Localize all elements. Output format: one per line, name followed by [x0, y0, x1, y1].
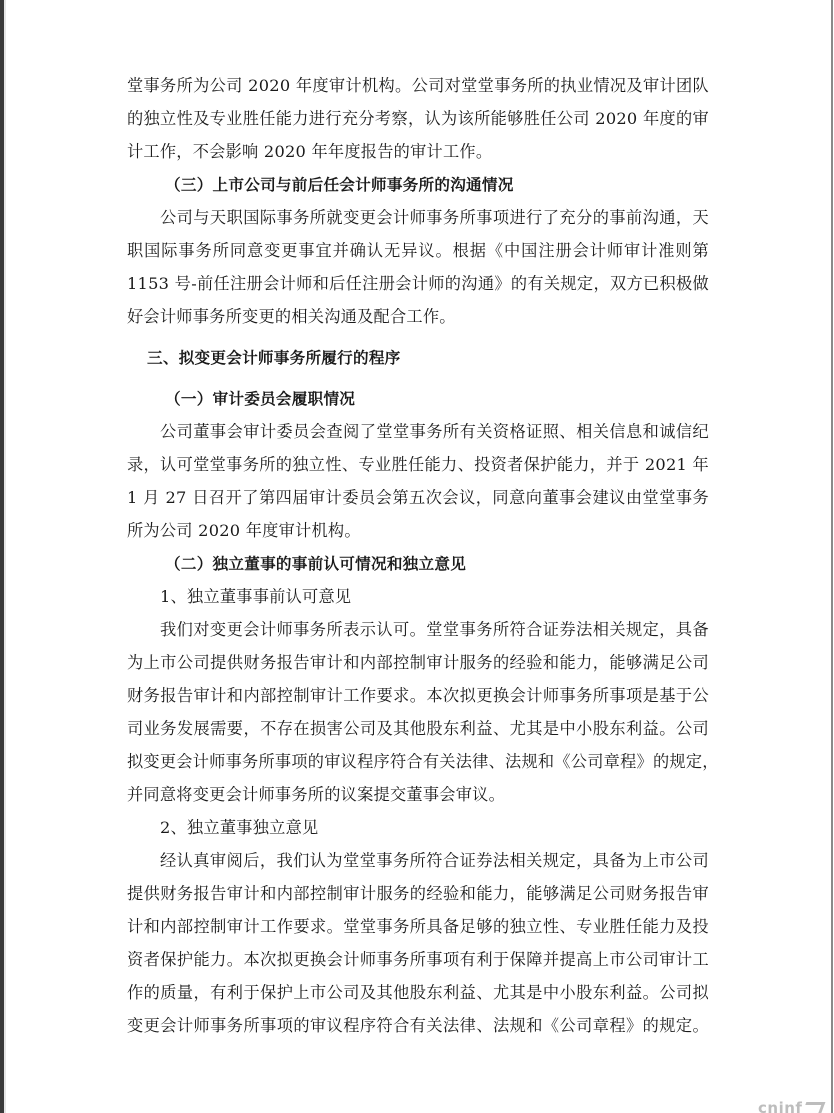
watermark-text: cninf: [758, 1099, 802, 1113]
paragraph-continued: 堂事务所为公司 2020 年度审计机构。公司对堂堂事务所的执业情况及审计团队 的…: [127, 72, 709, 171]
text-line: 1 月 27 日召开了第四届审计委员会第五次会议，同意向董事会建议由堂堂事务: [127, 484, 709, 517]
sub-heading-communication: （三）上市公司与前后任会计师事务所的沟通情况: [127, 171, 709, 204]
item-heading-prior-approval: 1、独立董事事前认可意见: [127, 583, 709, 616]
text-line: 作的质量，有利于保护上市公司及其他股东利益、尤其是中小股东利益。公司拟: [127, 979, 709, 1012]
page-right-edge: [831, 0, 833, 1113]
cninfo-logo-icon: [802, 1102, 826, 1113]
text-line: 堂事务所为公司 2020 年度审计机构。公司对堂堂事务所的执业情况及审计团队: [127, 72, 709, 105]
item-heading-independent-opinion: 2、独立董事独立意见: [127, 814, 709, 847]
text-line: 并同意将变更会计师事务所的议案提交董事会审议。: [127, 781, 709, 814]
sub-heading-audit-committee: （一）审计委员会履职情况: [127, 385, 709, 418]
spacer: [127, 336, 709, 344]
text-line: 变更会计师事务所事项的审议程序符合有关法律、法规和《公司章程》的规定。: [127, 1012, 709, 1045]
text-line: 公司与天职国际事务所就变更会计师事务所事项进行了充分的事前沟通，天: [127, 204, 709, 237]
text-line: 职国际事务所同意变更事宜并确认无异议。根据《中国注册会计师审计准则第: [127, 237, 709, 270]
document-page: 堂事务所为公司 2020 年度审计机构。公司对堂堂事务所的执业情况及审计团队 的…: [127, 72, 709, 1045]
text-line: 计工作，不会影响 2020 年年度报告的审计工作。: [127, 138, 709, 171]
text-line: 我们对变更会计师事务所表示认可。堂堂事务所符合证券法相关规定，具备: [127, 616, 709, 649]
text-line: 经认真审阅后，我们认为堂堂事务所符合证券法相关规定，具备为上市公司: [127, 847, 709, 880]
text-line: 司业务发展需要，不存在损害公司及其他股东利益、尤其是中小股东利益。公司: [127, 715, 709, 748]
text-line: 公司董事会审计委员会查阅了堂堂事务所有关资格证照、相关信息和诚信纪: [127, 418, 709, 451]
cninfo-watermark: cninf: [758, 1099, 823, 1113]
paragraph-audit-committee: 公司董事会审计委员会查阅了堂堂事务所有关资格证照、相关信息和诚信纪 录，认可堂堂…: [127, 418, 709, 550]
text-line: 资者保护能力。本次拟更换会计师事务所事项有利于保障并提高上市公司审计工: [127, 946, 709, 979]
text-line: 财务报告审计和内部控制审计工作要求。本次拟更换会计师事务所事项是基于公: [127, 682, 709, 715]
text-line: 为上市公司提供财务报告审计和内部控制审计服务的经验和能力，能够满足公司: [127, 649, 709, 682]
section-heading-procedures: 三、拟变更会计师事务所履行的程序: [127, 344, 709, 377]
page-left-edge-shadow: [4, 0, 6, 1113]
text-line: 录，认可堂堂事务所的独立性、专业胜任能力、投资者保护能力，并于 2021 年: [127, 451, 709, 484]
text-line: 好会计师事务所变更的相关沟通及配合工作。: [127, 303, 709, 336]
text-line: 计和内部控制审计工作要求。堂堂事务所具备足够的独立性、专业胜任能力及投: [127, 913, 709, 946]
paragraph-prior-approval: 我们对变更会计师事务所表示认可。堂堂事务所符合证券法相关规定，具备 为上市公司提…: [127, 616, 709, 814]
text-line: 提供财务报告审计和内部控制审计服务的经验和能力，能够满足公司财务报告审: [127, 880, 709, 913]
sub-heading-independent-directors: （二）独立董事的事前认可情况和独立意见: [127, 550, 709, 583]
text-line: 所为公司 2020 年度审计机构。: [127, 517, 709, 550]
spacer: [127, 377, 709, 385]
text-line: 的独立性及专业胜任能力进行充分考察，认为该所能够胜任公司 2020 年度的审: [127, 105, 709, 138]
text-line: 拟变更会计师事务所事项的审议程序符合有关法律、法规和《公司章程》的规定，: [127, 748, 709, 781]
paragraph-independent-opinion: 经认真审阅后，我们认为堂堂事务所符合证券法相关规定，具备为上市公司 提供财务报告…: [127, 847, 709, 1045]
paragraph-communication: 公司与天职国际事务所就变更会计师事务所事项进行了充分的事前沟通，天 职国际事务所…: [127, 204, 709, 336]
text-line: 1153 号-前任注册会计师和后任注册会计师的沟通》的有关规定，双方已积极做: [127, 270, 709, 303]
